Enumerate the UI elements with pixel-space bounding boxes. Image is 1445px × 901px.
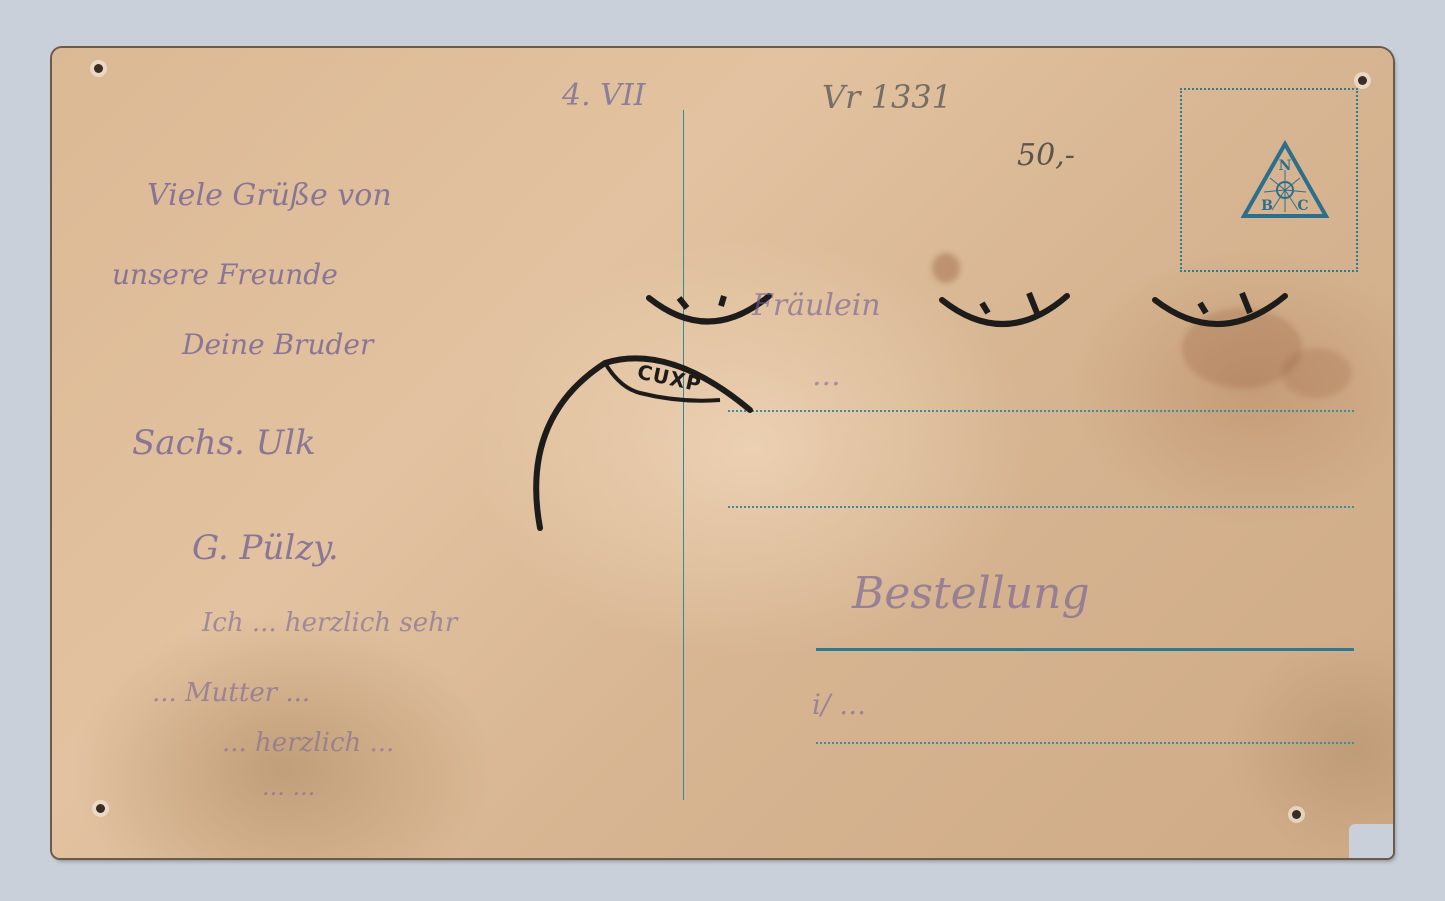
message-line: Ich ... herzlich sehr [202, 608, 457, 638]
date-note: 4. VII [562, 78, 646, 113]
message-line: ... Mutter ... [152, 678, 310, 708]
pin-hole [1358, 76, 1367, 85]
stain [932, 253, 960, 283]
triangle-sun-logo-icon: N B C [1240, 140, 1330, 220]
svg-text:N: N [1279, 158, 1292, 174]
crescent-cancel-mark-icon [937, 288, 1072, 338]
pin-hole [1292, 810, 1301, 819]
svg-text:C: C [1297, 198, 1308, 214]
address-line-1 [728, 410, 1354, 412]
message-line: ... herzlich ... [222, 728, 394, 758]
address-text: Bestellung [852, 568, 1090, 619]
crescent-cancel-mark-icon [1150, 288, 1290, 338]
stain [1282, 348, 1352, 398]
message-line: ... ... [262, 773, 315, 801]
message-line: Sachs. Ulk [132, 423, 316, 463]
svg-text:B: B [1261, 198, 1273, 214]
message-line: Viele Grüße von [147, 178, 392, 213]
price-note: 50,- [1017, 138, 1075, 173]
torn-corner [1349, 824, 1393, 858]
address-line-2 [728, 506, 1354, 508]
address-line-4 [816, 742, 1354, 744]
postcard-back: N B C CUXP 4. VII Vr 1331 50,- Viele Grü… [52, 48, 1393, 858]
code-note: Vr 1331 [822, 78, 952, 116]
address-text: i/ ... [812, 688, 866, 721]
message-line: Deine Bruder [182, 328, 373, 361]
message-line: unsere Freunde [112, 258, 338, 291]
address-line-3 [816, 648, 1354, 651]
pin-hole [94, 64, 103, 73]
address-text: ... [812, 358, 841, 393]
address-text: Fräulein [752, 288, 881, 323]
pin-hole [96, 804, 105, 813]
message-line: G. Pülzy. [192, 528, 339, 568]
